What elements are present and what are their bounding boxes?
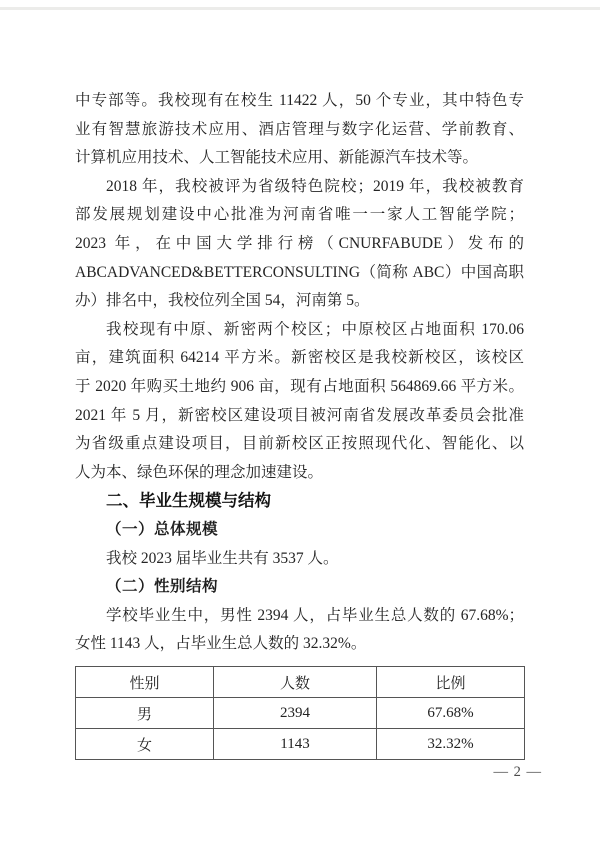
table-header-ratio: 比例 [377, 667, 525, 698]
table-header-count: 人数 [214, 667, 377, 698]
subsection-heading: （二）性别结构 [75, 573, 524, 602]
body-line: 业有智慧旅游技术应用、酒店管理与数字化运营、学前教育、 [75, 116, 524, 145]
body-line: 2023 年，在中国大学排行榜（CNURFABUDE）发布的 [75, 230, 524, 259]
body-line: 2021 年 5 月，新密校区建设项目被河南省发展改革委员会批准 [75, 402, 524, 431]
cell-gender: 女 [76, 729, 214, 760]
cell-ratio: 32.32% [377, 729, 525, 760]
body-line: ABCADVANCED&BETTERCONSULTING（简称 ABC）中国高职… [75, 259, 524, 288]
body-line: 女性 1143 人，占毕业生总人数的 32.32%。 [75, 630, 524, 659]
body-line: 人为本、绿色环保的理念加速建设。 [75, 459, 524, 488]
table-row: 男 2394 67.68% [76, 698, 525, 729]
page-number: — 2 — [494, 764, 543, 781]
document-page: 中专部等。我校现有在校生 11422 人，50 个专业，其中特色专 业有智慧旅游… [0, 0, 600, 848]
body-line: 于 2020 年购买土地约 906 亩，现有占地面积 564869.66 平方米… [75, 373, 524, 402]
body-line: 亩，建筑面积 64214 平方米。新密校区是我校新校区，该校区 [75, 344, 524, 373]
cell-count: 2394 [214, 698, 377, 729]
body-line: 学校毕业生中，男性 2394 人，占毕业生总人数的 67.68%； [75, 602, 524, 631]
document-body: 中专部等。我校现有在校生 11422 人，50 个专业，其中特色专 业有智慧旅游… [75, 87, 524, 659]
body-line: 2018 年，我校被评为省级特色院校；2019 年，我校被教育 [75, 173, 524, 202]
body-line: 我校现有中原、新密两个校区；中原校区占地面积 170.06 [75, 316, 524, 345]
body-line: 计算机应用技术、人工智能技术应用、新能源汽车技术等。 [75, 144, 524, 173]
table-row: 女 1143 32.32% [76, 729, 525, 760]
subsection-heading: （一）总体规模 [75, 516, 524, 545]
body-line: 办）排名中，我校位列全国 54，河南第 5。 [75, 287, 524, 316]
section-heading: 二、毕业生规模与结构 [75, 487, 524, 516]
cell-gender: 男 [76, 698, 214, 729]
body-line: 部发展规划建设中心批准为河南省唯一一家人工智能学院； [75, 201, 524, 230]
cell-ratio: 67.68% [377, 698, 525, 729]
body-line: 我校 2023 届毕业生共有 3537 人。 [75, 545, 524, 574]
page-edge-shadow [0, 7, 600, 10]
body-line: 为省级重点建设项目，目前新校区正按照现代化、智能化、以 [75, 430, 524, 459]
body-line: 中专部等。我校现有在校生 11422 人，50 个专业，其中特色专 [75, 87, 524, 116]
cell-count: 1143 [214, 729, 377, 760]
gender-table: 性别 人数 比例 男 2394 67.68% 女 1143 32.32% [75, 666, 525, 760]
table-header-row: 性别 人数 比例 [76, 667, 525, 698]
table-header-gender: 性别 [76, 667, 214, 698]
